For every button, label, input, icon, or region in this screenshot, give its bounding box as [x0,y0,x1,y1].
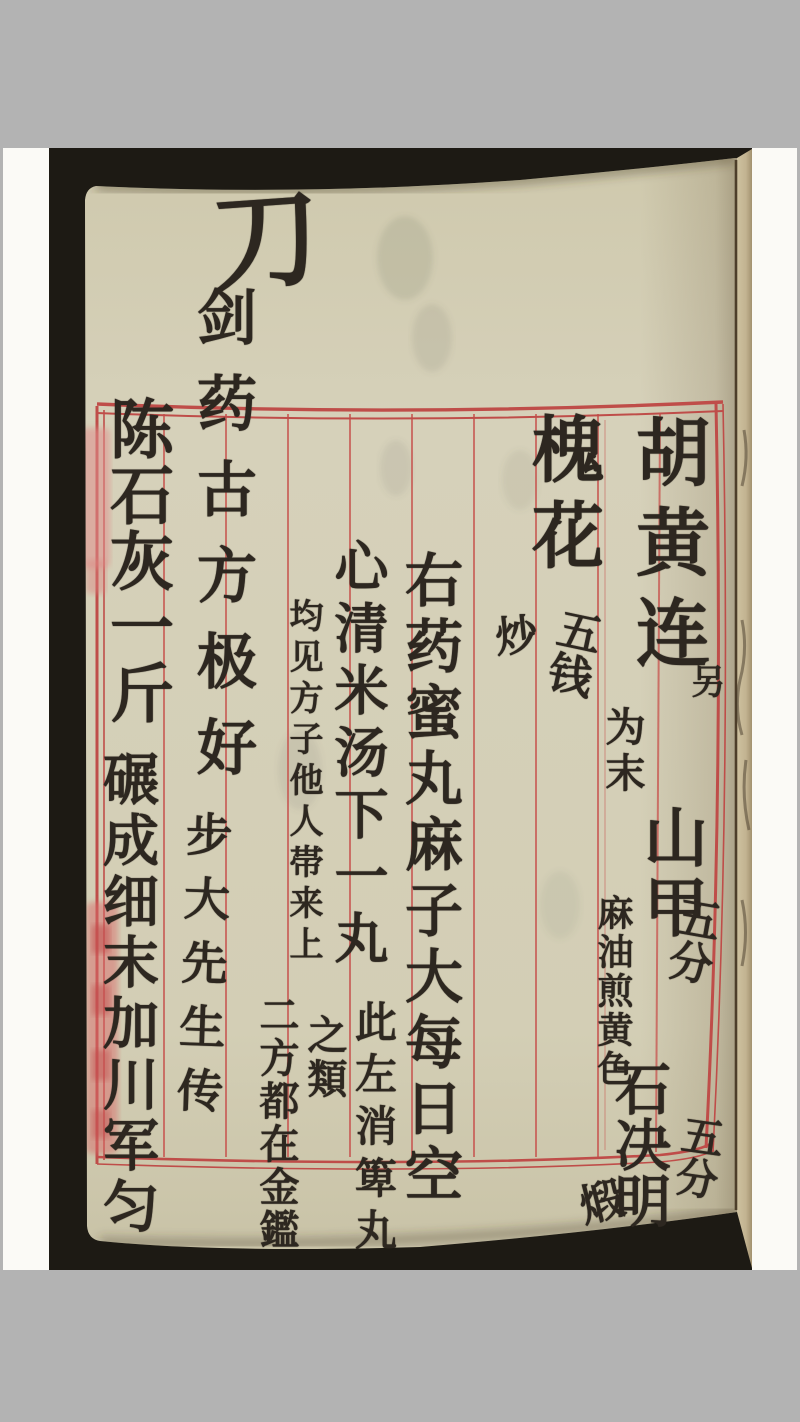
scan-background: 胡黄连 另 为末 山甲 五分 麻油煎黄色 石决明 五分 煅 槐花 五钱 炒 右药… [0,0,800,1422]
column-huai-hua: 槐花 [526,412,598,584]
note-jun-jian: 均见方子他人帯来上 [286,598,320,967]
adjacent-page-edge [737,149,752,1268]
dosage-wu-fen-1: 五分 [661,892,720,986]
note-zhi-lei: 之類 [304,1014,344,1102]
column-ci-zuo-xiao-wan: 此左消箄丸 [352,1000,394,1260]
note-chao: 炒 [490,612,536,658]
column-jian-yao-gu-fang: 剑药古方极好 [192,286,252,802]
flourish-dao: 刀 [198,180,313,295]
column-xin-qing-mi-tang: 心清米汤下一丸 [330,538,384,972]
column-hu-huang-lian: 胡黄连 [630,414,704,684]
column-chen-shi-hui: 陈石灰一斤 [104,396,168,726]
column-er-fang-jin-jian: 二方都在金鑑 [256,994,296,1252]
note-wei-mo: 为末 [602,706,642,798]
dosage-wu-fen-2: 五分 [670,1112,723,1201]
column-main-instruction: 右药蜜丸麻子大每日空 [400,550,458,1210]
note-ling: 另 [688,664,722,698]
column-nian-cheng-xi-mo: 碾成细末加川军匀 [98,750,154,1238]
column-bu-da-xian-sheng: 步大先生传 [173,810,230,1131]
binding-fold-line [736,160,737,1210]
